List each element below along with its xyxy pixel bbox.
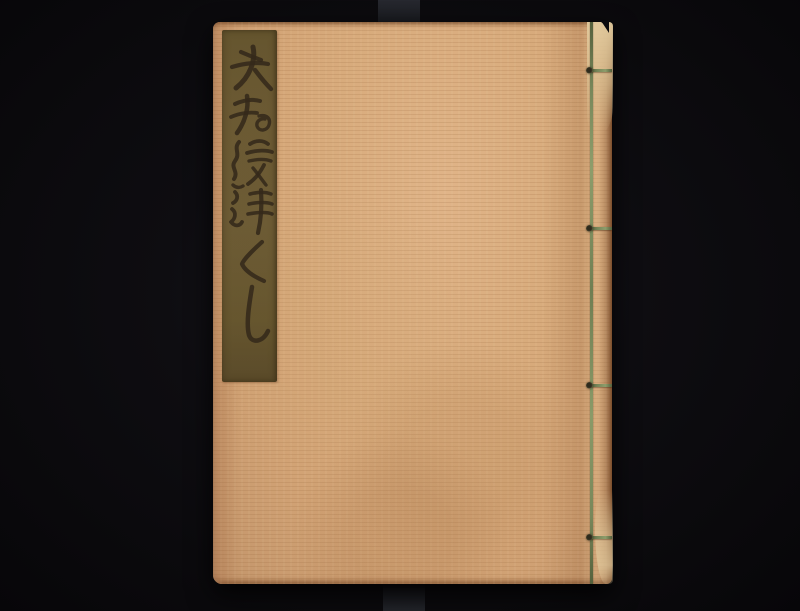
photo-stage: 大和絵つくし — [0, 0, 800, 611]
calligraphy-glyph-5 — [242, 242, 264, 281]
binding-hole — [586, 382, 593, 389]
binding-stitch — [590, 69, 612, 72]
spine-edge-shading — [542, 22, 612, 584]
calligraphy-glyph-6 — [248, 287, 268, 341]
book-cover: 大和絵つくし — [213, 22, 612, 584]
title-calligraphy-icon — [222, 30, 277, 382]
title-slip: 大和絵つくし — [222, 30, 277, 382]
binding-hole — [586, 67, 593, 74]
binding-stitch — [590, 227, 612, 230]
binding-stitch — [590, 536, 612, 539]
calligraphy-glyph-3 — [233, 141, 272, 187]
backdrop-strip-bottom — [383, 584, 425, 611]
binding-thread-vertical — [590, 22, 593, 584]
binding-hole — [586, 534, 593, 541]
calligraphy-glyph-4 — [231, 190, 272, 233]
binding-hole — [586, 225, 593, 232]
calligraphy-glyph-1 — [232, 47, 271, 89]
calligraphy-glyph-2 — [231, 96, 270, 133]
binding-stitch — [590, 384, 612, 387]
